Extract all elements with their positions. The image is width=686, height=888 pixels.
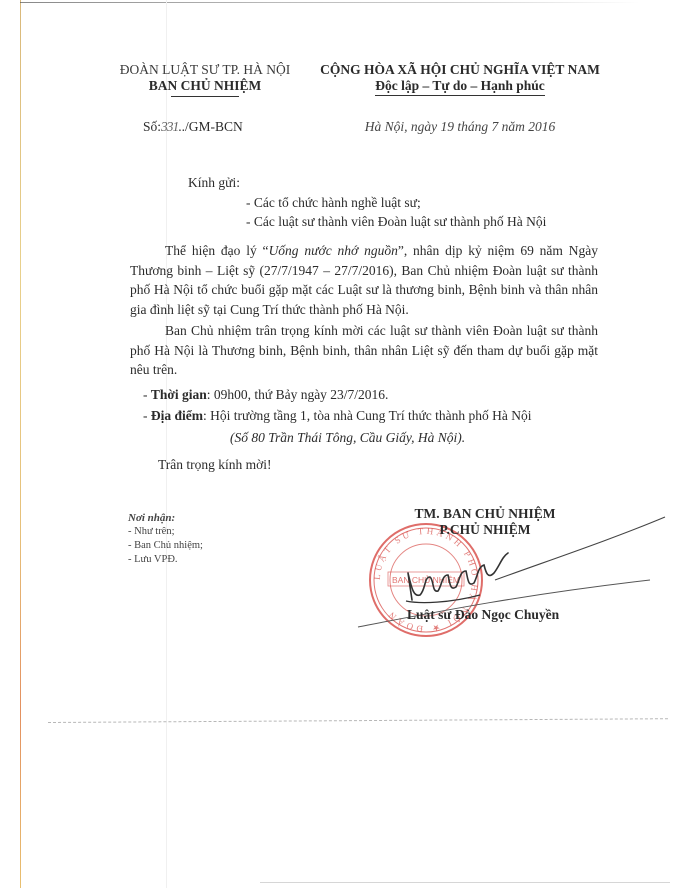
- doc-number-suffix: ../GM-BCN: [178, 119, 243, 134]
- country-name: CỘNG HÒA XÃ HỘI CHỦ NGHĨA VIỆT NAM: [320, 62, 600, 78]
- distribution-list: Nơi nhận: - Như trên; - Ban Chủ nhiệm; -…: [128, 511, 203, 567]
- body-paragraph-2: Ban Chủ nhiệm trân trọng kính mời các lu…: [130, 321, 598, 380]
- p1-lead: Thể hiện đạo lý “: [165, 243, 269, 258]
- issuer-block: ĐOÀN LUẬT SƯ TP. HÀ NỘI BAN CHỦ NHIỆM: [110, 62, 300, 94]
- distribution-item: - Lưu VPĐ.: [128, 553, 203, 567]
- national-header: CỘNG HÒA XÃ HỘI CHỦ NGHĨA VIỆT NAM Độc l…: [320, 62, 600, 96]
- signatory-name: Luật sư Đào Ngọc Chuyền: [407, 607, 559, 623]
- place-value: : Hội trường tầng 1, tòa nhà Cung Trí th…: [203, 408, 532, 423]
- distribution-item: - Ban Chủ nhiệm;: [128, 539, 203, 553]
- event-time: - Thời gian: 09h00, thứ Bảy ngày 23/7/20…: [143, 387, 388, 403]
- event-address: (Số 80 Trần Thái Tông, Cầu Giấy, Hà Nội)…: [230, 430, 465, 446]
- doc-number-prefix: Số:: [143, 119, 161, 134]
- recipient-item: - Các tổ chức hành nghề luật sư;: [246, 193, 546, 212]
- issuer-organization: ĐOÀN LUẬT SƯ TP. HÀ NỘI: [110, 62, 300, 78]
- proverb-quote: Uống nước nhớ nguồn: [269, 243, 398, 258]
- document-number: Số:331../GM-BCN: [143, 119, 243, 135]
- body-paragraph-1: Thể hiện đạo lý “Uống nước nhớ nguồn”, n…: [130, 241, 598, 319]
- doc-number-handwritten: 331: [161, 119, 178, 134]
- time-value: : 09h00, thứ Bảy ngày 23/7/2016.: [207, 387, 389, 402]
- closing-line: Trân trọng kính mời!: [158, 457, 272, 473]
- time-label: Thời gian: [151, 387, 207, 402]
- page-left-edge: [20, 0, 21, 888]
- salutation-recipients: - Các tổ chức hành nghề luật sư; - Các l…: [246, 193, 546, 231]
- scan-bottom-line: [260, 882, 670, 883]
- page-top-edge: [20, 2, 640, 3]
- place-label: Địa điểm: [151, 408, 203, 423]
- salutation-label: Kính gửi:: [188, 175, 240, 191]
- recipient-item: - Các luật sư thành viên Đoàn luật sư th…: [246, 212, 546, 231]
- distribution-title: Nơi nhận:: [128, 511, 203, 525]
- date-line: Hà Nội, ngày 19 tháng 7 năm 2016: [320, 119, 600, 135]
- scan-dashed-line: [48, 718, 668, 723]
- national-motto: Độc lập – Tự do – Hạnh phúc: [375, 78, 545, 96]
- event-place: - Địa điểm: Hội trường tầng 1, tòa nhà C…: [143, 408, 532, 424]
- distribution-item: - Như trên;: [128, 525, 203, 539]
- issuer-department: BAN CHỦ NHIỆM: [149, 78, 262, 94]
